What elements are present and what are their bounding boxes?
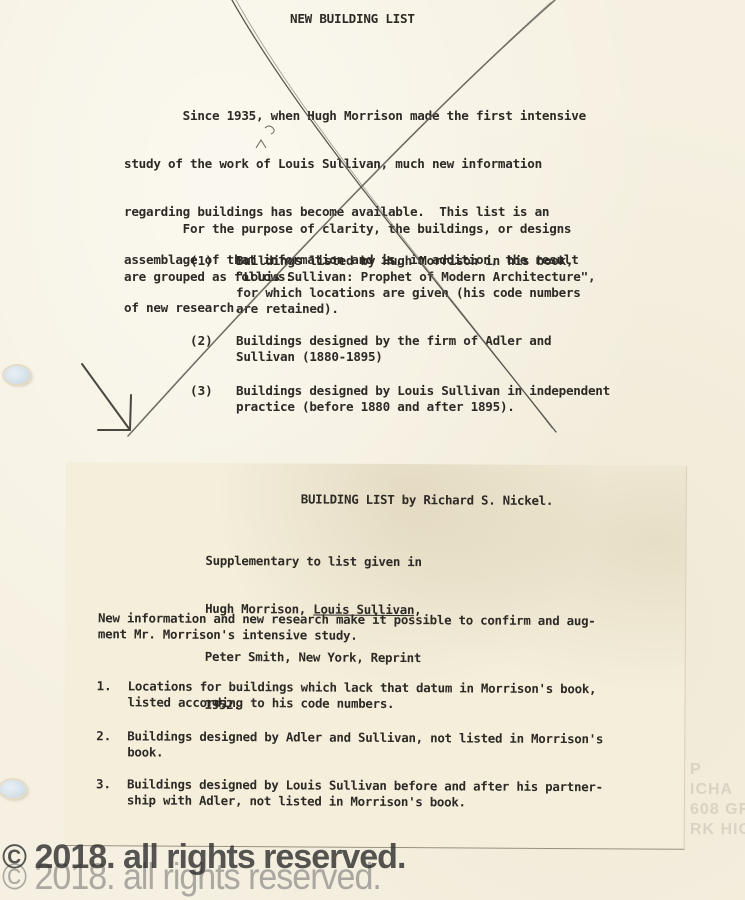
slip-title: BUILDING LIST by Richard S. Nickel.: [301, 491, 553, 509]
group-text: Buildings designed by Louis Sullivan in …: [236, 383, 610, 415]
slip-item-number: 2.: [96, 728, 111, 743]
group-text: Buildings listed by Hugh Morrison in his…: [236, 253, 595, 317]
slip-item-text: Buildings designed by Louis Sullivan bef…: [127, 776, 603, 811]
group-number: (2): [190, 333, 213, 348]
supp-line: Supplementary to list given in: [205, 553, 421, 570]
pasted-slip: BUILDING LIST by Richard S. Nickel. Supp…: [64, 462, 687, 850]
slip-item-text: Buildings designed by Adler and Sullivan…: [127, 728, 603, 763]
punch-hole: [0, 780, 26, 798]
group-number: (3): [190, 383, 213, 398]
bleed-through-text: P ICHA 608 GR RK HIG: [690, 760, 745, 840]
document-title: NEW BUILDING LIST: [290, 11, 415, 27]
slip-item-text: Locations for buildings which lack that …: [127, 678, 596, 713]
intro-line: study of the work of Louis Sullivan, muc…: [124, 156, 586, 172]
group-number: (1): [190, 253, 213, 268]
grouping-line: For the purpose of clarity, the building…: [124, 221, 571, 237]
slip-item-number: 3.: [96, 776, 111, 791]
slip-intro: New information and new research make it…: [98, 610, 596, 645]
intro-line: Since 1935, when Hugh Morrison made the …: [124, 108, 586, 124]
slip-item-number: 1.: [97, 678, 112, 693]
group-text: Buildings designed by the firm of Adler …: [236, 333, 551, 365]
watermark: © 2018. all rights reserved.: [2, 838, 405, 877]
punch-hole: [4, 366, 30, 384]
supp-line: Peter Smith, New York, Reprint: [205, 649, 421, 666]
